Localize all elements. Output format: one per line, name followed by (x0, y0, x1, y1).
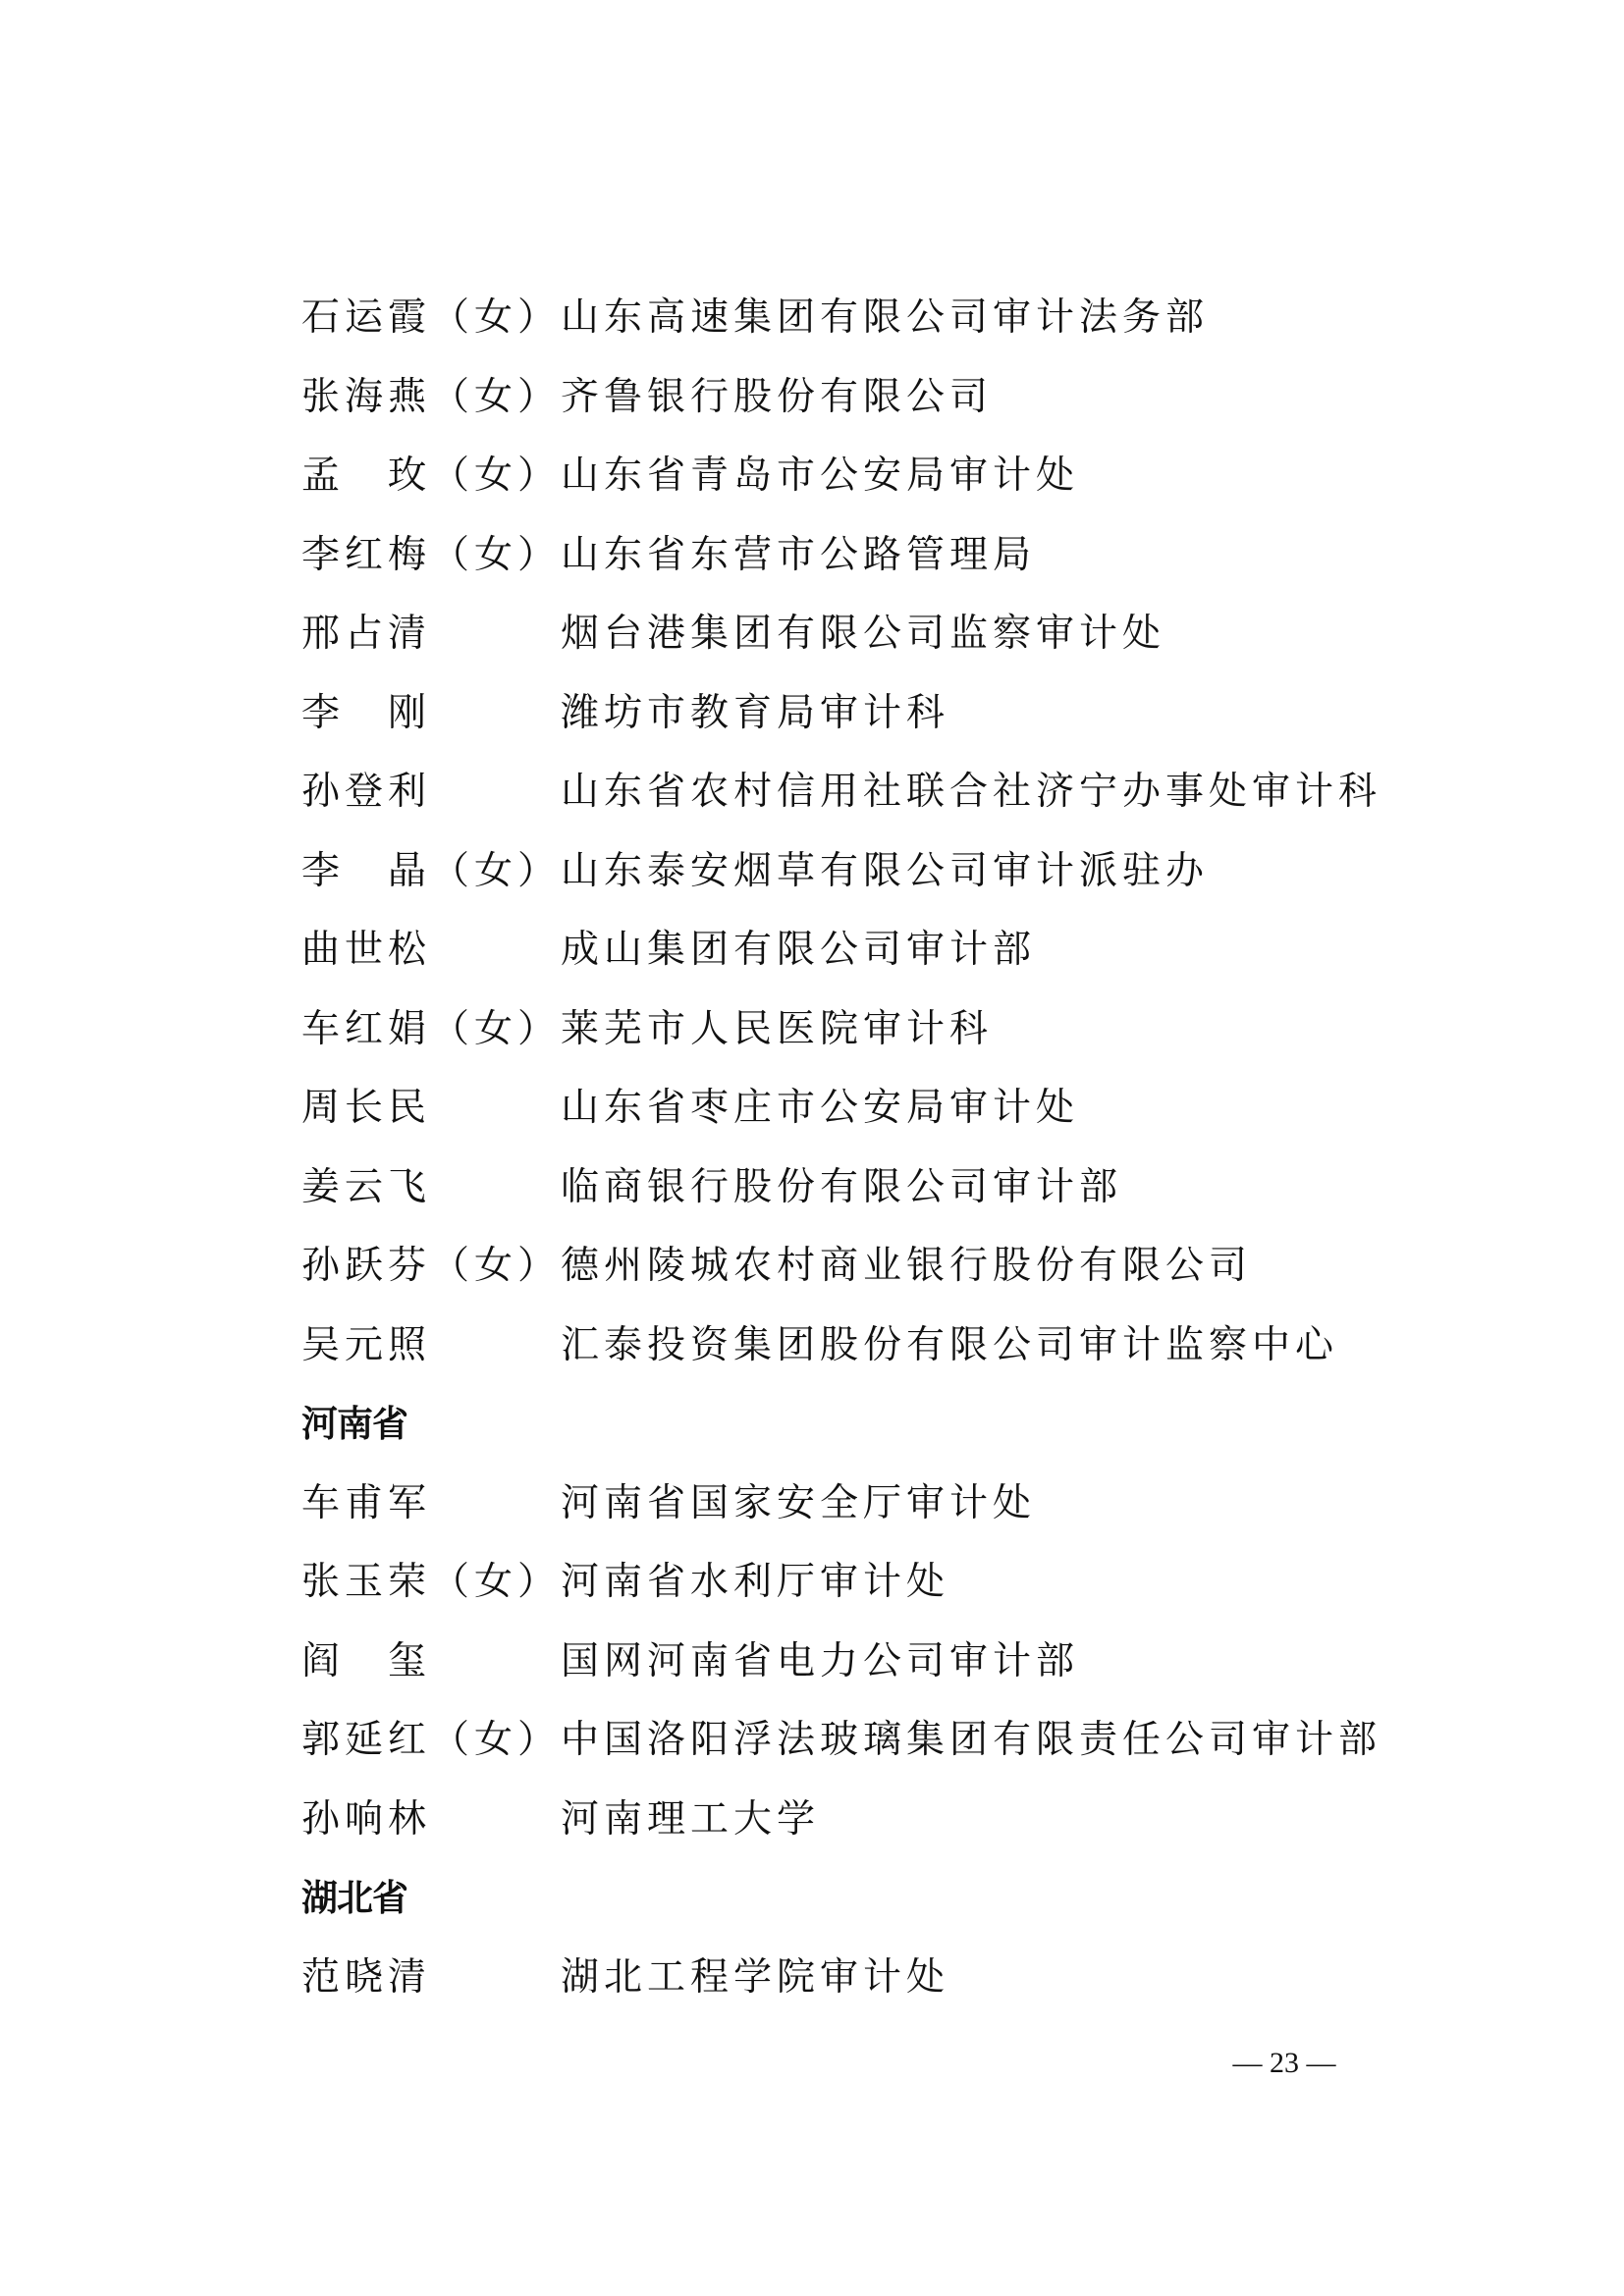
name-character: 孙 (301, 1781, 345, 1860)
org-character: 路 (863, 516, 906, 596)
org-character: 鲁 (604, 358, 647, 438)
org-character: 有 (820, 1148, 863, 1228)
org-character: 部 (1165, 279, 1209, 358)
name-character: 石 (301, 279, 345, 358)
org-character: 审 (949, 1069, 993, 1148)
org-character: 厅 (777, 1543, 820, 1623)
name-character: 吴 (301, 1307, 345, 1386)
org-character: 庄 (733, 1069, 777, 1148)
org-character: 台 (604, 595, 647, 674)
honoree-name: 姜云飞 (301, 1148, 431, 1228)
org-character: 农 (733, 1227, 777, 1307)
org-character: 限 (949, 1307, 993, 1386)
org-character: 审 (949, 437, 993, 516)
org-character: 岛 (733, 437, 777, 516)
org-character: 限 (1122, 1227, 1165, 1307)
honoree-organization: 山东省枣庄市公安局审计处 (561, 1069, 1493, 1148)
gender-marker-female: （女） (431, 990, 561, 1070)
name-character: 利 (388, 753, 431, 832)
gender-character: ） (517, 1227, 561, 1307)
org-character: 公 (863, 595, 906, 674)
name-character: 芬 (388, 1227, 431, 1307)
org-character: 有 (993, 1701, 1036, 1781)
honoree-name: 曲世松 (301, 911, 431, 990)
gender-character: ） (517, 1543, 561, 1623)
org-character: 计 (993, 1623, 1036, 1702)
honoree-organization: 国网河南省电力公司审计部 (561, 1623, 1493, 1702)
honoree-name: 李红梅 (301, 516, 431, 596)
org-character: 德 (561, 1227, 604, 1307)
org-character: 行 (690, 1148, 733, 1228)
org-character: 监 (949, 595, 993, 674)
org-character: 业 (863, 1227, 906, 1307)
org-character: 份 (777, 358, 820, 438)
org-character: 监 (1165, 1307, 1209, 1386)
org-character: 信 (777, 753, 820, 832)
name-character: 红 (345, 516, 388, 596)
org-character: 事 (1165, 753, 1209, 832)
honoree-name: 孙登利 (301, 753, 431, 832)
org-character: 司 (949, 279, 993, 358)
org-character: 计 (993, 437, 1036, 516)
org-character: 市 (647, 674, 690, 754)
name-character: 占 (345, 595, 388, 674)
org-character: 份 (777, 1148, 820, 1228)
page-number: — 23 — (1196, 2042, 1373, 2085)
name-character (345, 437, 388, 516)
org-character: 省 (647, 1543, 690, 1623)
honoree-row: 孙登利山东省农村信用社联合社济宁办事处审计科 (301, 753, 1480, 832)
honoree-row: 吴元照汇泰投资集团股份有限公司审计监察中心 (301, 1307, 1480, 1386)
honoree-list: 石运霞（女）山东高速集团有限公司审计法务部 张海燕（女）齐鲁银行股份有限公司 孟… (301, 279, 1480, 2017)
honoree-organization: 潍坊市教育局审计科 (561, 674, 1493, 754)
org-character: 泰 (647, 832, 690, 912)
org-character: 计 (1036, 832, 1079, 912)
org-character: 省 (647, 753, 690, 832)
org-character: 工 (690, 1781, 733, 1860)
org-character: 省 (647, 1465, 690, 1544)
org-character: 有 (733, 911, 777, 990)
org-character: 计 (863, 674, 906, 754)
org-character: 法 (777, 1701, 820, 1781)
honoree-organization: 德州陵城农村商业银行股份有限公司 (561, 1227, 1493, 1307)
province-heading: 河南省 (301, 1385, 407, 1465)
org-character: 限 (863, 358, 906, 438)
gender-character: （ (431, 358, 474, 438)
org-character: 审 (1079, 1307, 1122, 1386)
gender-character: （ (431, 437, 474, 516)
org-character: 察 (993, 595, 1036, 674)
name-character: 延 (345, 1701, 388, 1781)
org-character: 计 (1295, 753, 1338, 832)
org-character: 计 (863, 1543, 906, 1623)
org-character: 处 (1036, 1069, 1079, 1148)
org-character: 审 (993, 279, 1036, 358)
org-character: 处 (1209, 753, 1252, 832)
gender-character: 女 (474, 358, 517, 438)
org-character: 公 (820, 911, 863, 990)
honoree-organization: 齐鲁银行股份有限公司 (561, 358, 1493, 438)
gender-character: 女 (474, 832, 517, 912)
org-character: 办 (1122, 753, 1165, 832)
name-character: 响 (345, 1781, 388, 1860)
honoree-row: 车甫军河南省国家安全厅审计处 (301, 1465, 1480, 1544)
org-character: 成 (561, 911, 604, 990)
org-character: 有 (777, 595, 820, 674)
honoree-row: 周长民山东省枣庄市公安局审计处 (301, 1069, 1480, 1148)
gender-character: （ (431, 279, 474, 358)
org-character: 城 (690, 1227, 733, 1307)
org-character: 陵 (647, 1227, 690, 1307)
honoree-row: 李 晶（女）山东泰安烟草有限公司审计派驻办 (301, 832, 1480, 912)
honoree-name: 李 刚 (301, 674, 431, 754)
org-character: 医 (777, 990, 820, 1070)
org-character: 商 (604, 1148, 647, 1228)
org-character: 农 (690, 753, 733, 832)
name-character: 阎 (301, 1623, 345, 1702)
name-character: 霞 (388, 279, 431, 358)
org-character: 审 (949, 1623, 993, 1702)
org-character: 东 (604, 437, 647, 516)
org-character: 工 (647, 1939, 690, 2018)
name-character: 刚 (388, 674, 431, 754)
honoree-row: 李红梅（女）山东省东营市公路管理局 (301, 516, 1480, 596)
org-character: 计 (949, 911, 993, 990)
org-character: 集 (733, 1307, 777, 1386)
name-character: 云 (345, 1148, 388, 1228)
name-character: 跃 (345, 1227, 388, 1307)
org-character: 任 (1122, 1701, 1165, 1781)
honoree-name: 范晓清 (301, 1939, 431, 2018)
gender-marker-female: （女） (431, 1543, 561, 1623)
honoree-row: 郭延红（女）中国洛阳浮法玻璃集团有限责任公司审计部 (301, 1701, 1480, 1781)
org-character: 管 (906, 516, 949, 596)
name-character: 张 (301, 1543, 345, 1623)
honoree-row: 范晓清湖北工程学院审计处 (301, 1939, 1480, 2018)
org-character: 司 (949, 358, 993, 438)
org-character: 处 (906, 1543, 949, 1623)
org-character: 济 (1036, 753, 1079, 832)
honoree-row: 曲世松成山集团有限公司审计部 (301, 911, 1480, 990)
honoree-row: 邢占清烟台港集团有限公司监察审计处 (301, 595, 1480, 674)
org-character: 司 (1209, 1227, 1252, 1307)
honoree-organization: 中国洛阳浮法玻璃集团有限责任公司审计部 (561, 1701, 1493, 1781)
org-character: 社 (993, 753, 1036, 832)
name-character: 张 (301, 358, 345, 438)
org-character: 市 (647, 990, 690, 1070)
name-character: 林 (388, 1781, 431, 1860)
org-character: 计 (863, 1939, 906, 2018)
honoree-name: 阎 玺 (301, 1623, 431, 1702)
org-character: 处 (993, 1465, 1036, 1544)
name-character: 照 (388, 1307, 431, 1386)
org-character: 份 (863, 1307, 906, 1386)
org-character: 有 (820, 358, 863, 438)
org-character: 公 (906, 1148, 949, 1228)
org-character: 公 (820, 437, 863, 516)
org-character: 山 (561, 1069, 604, 1148)
org-character: 团 (777, 1307, 820, 1386)
gender-character: （ (431, 990, 474, 1070)
honoree-row: 张海燕（女）齐鲁银行股份有限公司 (301, 358, 1480, 438)
honoree-name: 石运霞 (301, 279, 431, 358)
org-character: 集 (690, 595, 733, 674)
org-character: 潍 (561, 674, 604, 754)
org-character: 齐 (561, 358, 604, 438)
name-character: 长 (345, 1069, 388, 1148)
org-character: 南 (690, 1623, 733, 1702)
org-character: 有 (1079, 1227, 1122, 1307)
org-character: 村 (777, 1227, 820, 1307)
name-character: 李 (301, 516, 345, 596)
org-character: 宁 (1079, 753, 1122, 832)
org-character: 计 (1122, 1307, 1165, 1386)
org-character: 察 (1209, 1307, 1252, 1386)
gender-character: （ (431, 832, 474, 912)
honoree-row: 孙跃芬（女）德州陵城农村商业银行股份有限公司 (301, 1227, 1480, 1307)
org-character: 利 (733, 1543, 777, 1623)
org-character: 山 (604, 911, 647, 990)
name-character: 玺 (388, 1623, 431, 1702)
org-character: 集 (647, 911, 690, 990)
name-character: 登 (345, 753, 388, 832)
honoree-name: 车甫军 (301, 1465, 431, 1544)
org-character: 山 (561, 516, 604, 596)
honoree-organization: 山东高速集团有限公司审计法务部 (561, 279, 1493, 358)
org-character: 资 (690, 1307, 733, 1386)
org-character: 务 (1122, 279, 1165, 358)
honoree-organization: 湖北工程学院审计处 (561, 1939, 1493, 2018)
name-character: 娟 (388, 990, 431, 1070)
org-character: 省 (647, 516, 690, 596)
org-character: 临 (561, 1148, 604, 1228)
org-character: 驻 (1122, 832, 1165, 912)
name-character: 孟 (301, 437, 345, 516)
org-character: 派 (1079, 832, 1122, 912)
name-character: 玫 (388, 437, 431, 516)
document-page: 石运霞（女）山东高速集团有限公司审计法务部 张海燕（女）齐鲁银行股份有限公司 孟… (0, 0, 1624, 2296)
name-character: 车 (301, 1465, 345, 1544)
gender-character: 女 (474, 437, 517, 516)
gender-marker-female: （女） (431, 437, 561, 516)
org-character: 力 (820, 1623, 863, 1702)
org-character: 审 (993, 832, 1036, 912)
gender-character: （ (431, 1701, 474, 1781)
honoree-organization: 山东省青岛市公安局审计处 (561, 437, 1493, 516)
org-character: 公 (820, 516, 863, 596)
gender-character: ） (517, 437, 561, 516)
org-character: 省 (647, 437, 690, 516)
org-character: 科 (1338, 753, 1381, 832)
name-character: 飞 (388, 1148, 431, 1228)
honoree-name: 张海燕 (301, 358, 431, 438)
province-heading-row: 河南省 (301, 1385, 1480, 1465)
org-character: 理 (647, 1781, 690, 1860)
gender-character: 女 (474, 990, 517, 1070)
org-character: 审 (1036, 595, 1079, 674)
honoree-organization: 山东省农村信用社联合社济宁办事处审计科 (561, 753, 1493, 832)
org-character: 院 (777, 1939, 820, 2018)
name-character: 李 (301, 674, 345, 754)
name-character: 荣 (388, 1543, 431, 1623)
gender-marker-female: （女） (431, 516, 561, 596)
gender-character: ） (517, 832, 561, 912)
gender-character: 女 (474, 1543, 517, 1623)
org-character: 汇 (561, 1307, 604, 1386)
honoree-organization: 河南省水利厅审计处 (561, 1543, 1493, 1623)
org-character: 山 (561, 279, 604, 358)
org-character: 团 (690, 911, 733, 990)
honoree-name: 李 晶 (301, 832, 431, 912)
org-character: 投 (647, 1307, 690, 1386)
org-character: 育 (733, 674, 777, 754)
org-character: 份 (1036, 1227, 1079, 1307)
org-character: 芜 (604, 990, 647, 1070)
org-character: 东 (604, 832, 647, 912)
honoree-name: 周长民 (301, 1069, 431, 1148)
org-character: 责 (1079, 1701, 1122, 1781)
org-character: 有 (820, 832, 863, 912)
name-character: 红 (388, 1701, 431, 1781)
org-character: 程 (690, 1939, 733, 2018)
org-character: 厅 (863, 1465, 906, 1544)
honoree-row: 车红娟（女）莱芜市人民医院审计科 (301, 990, 1480, 1070)
org-character: 州 (604, 1227, 647, 1307)
org-character: 股 (733, 1148, 777, 1228)
org-character: 处 (1036, 437, 1079, 516)
org-character: 局 (777, 674, 820, 754)
org-character: 审 (906, 911, 949, 990)
org-character: 审 (820, 1939, 863, 2018)
org-character: 东 (604, 516, 647, 596)
name-character: 孙 (301, 753, 345, 832)
org-character: 司 (1209, 1701, 1252, 1781)
org-character: 公 (863, 1623, 906, 1702)
org-character: 银 (647, 1148, 690, 1228)
honoree-name: 邢占清 (301, 595, 431, 674)
org-character: 有 (906, 1307, 949, 1386)
org-character: 中 (1252, 1307, 1295, 1386)
org-character: 计 (1295, 1701, 1338, 1781)
name-character: 玉 (345, 1543, 388, 1623)
org-character: 办 (1165, 832, 1209, 912)
gender-marker-female: （女） (431, 832, 561, 912)
org-character: 审 (820, 1543, 863, 1623)
gender-character: 女 (474, 1227, 517, 1307)
org-character: 计 (949, 1465, 993, 1544)
org-character: 山 (561, 753, 604, 832)
org-character: 家 (733, 1465, 777, 1544)
org-character: 股 (733, 358, 777, 438)
org-character: 股 (993, 1227, 1036, 1307)
honoree-name: 车红娟 (301, 990, 431, 1070)
org-character: 电 (777, 1623, 820, 1702)
org-character: 有 (820, 279, 863, 358)
org-character: 河 (647, 1623, 690, 1702)
org-character: 南 (604, 1465, 647, 1544)
gender-marker-female: （女） (431, 1701, 561, 1781)
org-character: 东 (604, 753, 647, 832)
org-character: 河 (561, 1781, 604, 1860)
honoree-name: 张玉荣 (301, 1543, 431, 1623)
org-character: 社 (863, 753, 906, 832)
name-character: 海 (345, 358, 388, 438)
org-character: 莱 (561, 990, 604, 1070)
honoree-name: 孟 玫 (301, 437, 431, 516)
org-character: 阳 (690, 1701, 733, 1781)
name-character: 梅 (388, 516, 431, 596)
gender-marker-female: （女） (431, 1227, 561, 1307)
org-character: 烟 (561, 595, 604, 674)
org-character: 民 (733, 990, 777, 1070)
org-character: 法 (1079, 279, 1122, 358)
org-character: 北 (604, 1939, 647, 2018)
gender-character: ） (517, 1701, 561, 1781)
honoree-organization: 莱芜市人民医院审计科 (561, 990, 1493, 1070)
org-character: 河 (561, 1465, 604, 1544)
name-character: 元 (345, 1307, 388, 1386)
org-character: 草 (777, 832, 820, 912)
org-character: 南 (604, 1781, 647, 1860)
org-character: 人 (690, 990, 733, 1070)
gender-character: ） (517, 990, 561, 1070)
honoree-row: 姜云飞临商银行股份有限公司审计部 (301, 1148, 1480, 1228)
org-character: 河 (561, 1543, 604, 1623)
name-character (345, 832, 388, 912)
name-character: 清 (388, 1939, 431, 2018)
name-character: 民 (388, 1069, 431, 1148)
org-character: 审 (993, 1148, 1036, 1228)
gender-character: 女 (474, 1701, 517, 1781)
org-character: 限 (820, 595, 863, 674)
org-character: 市 (777, 437, 820, 516)
honoree-organization: 山东泰安烟草有限公司审计派驻办 (561, 832, 1493, 912)
honoree-organization: 临商银行股份有限公司审计部 (561, 1148, 1493, 1228)
org-character: 院 (820, 990, 863, 1070)
org-character: 银 (906, 1227, 949, 1307)
org-character: 行 (949, 1227, 993, 1307)
name-character: 邢 (301, 595, 345, 674)
org-character: 公 (993, 1307, 1036, 1386)
org-character: 限 (777, 911, 820, 990)
org-character: 审 (863, 990, 906, 1070)
org-character: 安 (863, 437, 906, 516)
org-character: 联 (906, 753, 949, 832)
honoree-name: 郭延红 (301, 1701, 431, 1781)
org-character: 枣 (690, 1069, 733, 1148)
org-character: 审 (1252, 1701, 1295, 1781)
org-character: 国 (690, 1465, 733, 1544)
org-character: 限 (863, 832, 906, 912)
org-character: 集 (733, 279, 777, 358)
org-character: 公 (906, 358, 949, 438)
name-character (345, 1623, 388, 1702)
org-character: 局 (906, 437, 949, 516)
org-character: 玻 (820, 1701, 863, 1781)
name-character: 李 (301, 832, 345, 912)
org-character: 司 (906, 1623, 949, 1702)
org-character: 团 (949, 1701, 993, 1781)
org-character: 处 (1122, 595, 1165, 674)
org-character: 司 (863, 911, 906, 990)
org-character: 集 (906, 1701, 949, 1781)
name-character: 曲 (301, 911, 345, 990)
org-character: 学 (777, 1781, 820, 1860)
org-character: 计 (1036, 279, 1079, 358)
org-character: 团 (777, 279, 820, 358)
name-character: 甫 (345, 1465, 388, 1544)
org-character: 司 (906, 595, 949, 674)
